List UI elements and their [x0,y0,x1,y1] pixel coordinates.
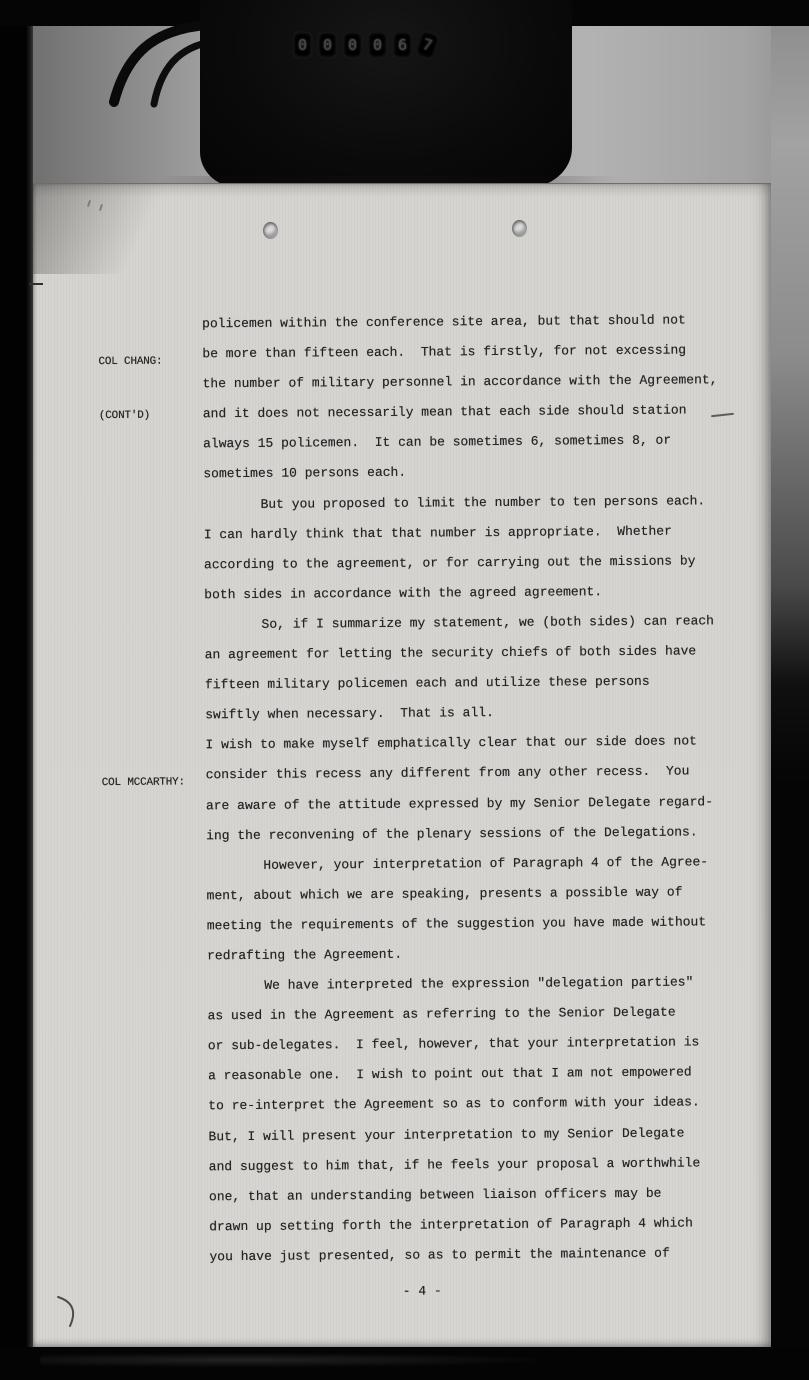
microfilm-scan-photo: 000067 COL CHANG: (CONT'D) policemen wit… [0,0,809,1380]
paragraph: I wish to make myself emphatically clear… [205,726,752,851]
stray-pen-mark [53,1290,85,1332]
text-line: We have interpreted the expression "dele… [207,967,753,1001]
speech-block-chang: COL CHANG: (CONT'D) policemen within the… [98,305,751,731]
text-line: as used in the Agreement as referring to… [207,997,753,1031]
text-line: and suggest to him that, if he feels you… [209,1148,755,1182]
text-line: one, that an understanding between liais… [209,1178,755,1212]
text-line: But, I will present your interpretation … [208,1118,754,1152]
text-line: and it does not necessarily mean that ea… [203,395,749,429]
text-line: an agreement for letting the security ch… [205,636,751,670]
text-line: I wish to make myself emphatically clear… [205,726,751,760]
fastener-hole-icon [512,220,527,237]
fastener-hole-icon [263,222,278,239]
counter-digit: 0 [343,32,362,58]
page-number: - 4 - [106,1274,756,1309]
text-line: be more than fifteen each. That is first… [202,335,748,369]
text-line: or sub-delegates. I feel, however, that … [208,1027,754,1061]
text-line: ment, about which we are speaking, prese… [207,877,753,911]
text-line: meeting the requirements of the suggesti… [207,907,753,941]
text-line: However, your interpretation of Paragrap… [206,847,752,881]
counter-digit: 6 [393,32,412,58]
exposure-counter: 000067 [290,32,440,58]
speaker-label: COL CHANG: (CONT'D) [98,309,205,731]
counter-digit: 7 [415,30,440,60]
speaker-name: COL CHANG: [98,352,202,371]
typed-content: COL CHANG: (CONT'D) policemen within the… [98,305,756,1309]
text-line: consider this recess any different from … [206,756,752,790]
speech-text: policemen within the conference site are… [202,305,751,731]
text-line: ing the reconvening of the plenary sessi… [206,817,752,851]
text-line: I can hardly think that that number is a… [204,516,750,550]
left-background-band [0,0,33,1380]
right-background-band [771,24,809,1380]
paragraph: We have interpreted the expression "dele… [207,967,755,1272]
paragraph: But you proposed to limit the number to … [203,486,750,611]
stray-pen-tick [29,283,43,285]
text-line: fifteen military policemen each and util… [205,666,751,700]
text-line: both sides in accordance with the agreed… [204,576,750,610]
speaker-label: COL MCCARTHY: [101,731,209,1273]
paragraph: policemen within the conference site are… [202,305,749,490]
bottom-smear [40,1353,540,1367]
text-line: redrafting the Agreement. [207,937,753,971]
text-line: But you proposed to limit the number to … [203,486,749,520]
speech-block-mccarthy: COL MCCARTHY: I wish to make myself emph… [101,726,755,1273]
text-line: a reasonable one. I wish to point out th… [208,1057,754,1091]
text-line: are aware of the attitude expressed by m… [206,786,752,820]
counter-digit: 0 [368,32,387,58]
stray-pen-tick [99,204,103,211]
counter-digit: 0 [293,32,312,58]
camera-head: 000067 [200,0,572,188]
text-line: sometimes 10 persons each. [203,455,749,489]
paragraph: However, your interpretation of Paragrap… [206,847,753,972]
text-line: according to the agreement, or for carry… [204,546,750,580]
text-line: to re-interpret the Agreement so as to c… [208,1087,754,1121]
text-line: you have just presented, so as to permit… [209,1238,755,1272]
speech-text: I wish to make myself emphatically clear… [205,726,755,1272]
counter-digit: 0 [318,32,337,58]
paragraph: So, if I summarize my statement, we (bot… [204,606,751,731]
speaker-name: COL MCCARTHY: [102,774,206,793]
paper-corner-shadow [33,184,213,274]
text-line: drawn up setting forth the interpretatio… [209,1208,755,1242]
speaker-note: (CONT'D) [99,406,203,425]
text-line: policemen within the conference site are… [202,305,748,339]
text-line: swiftly when necessary. That is all. [205,696,751,730]
stray-pen-tick [87,200,91,207]
text-line: So, if I summarize my statement, we (bot… [204,606,750,640]
text-line: always 15 policemen. It can be sometimes… [203,425,749,459]
document-page: COL CHANG: (CONT'D) policemen within the… [33,183,771,1348]
text-line: the number of military personnel in acco… [202,365,748,399]
